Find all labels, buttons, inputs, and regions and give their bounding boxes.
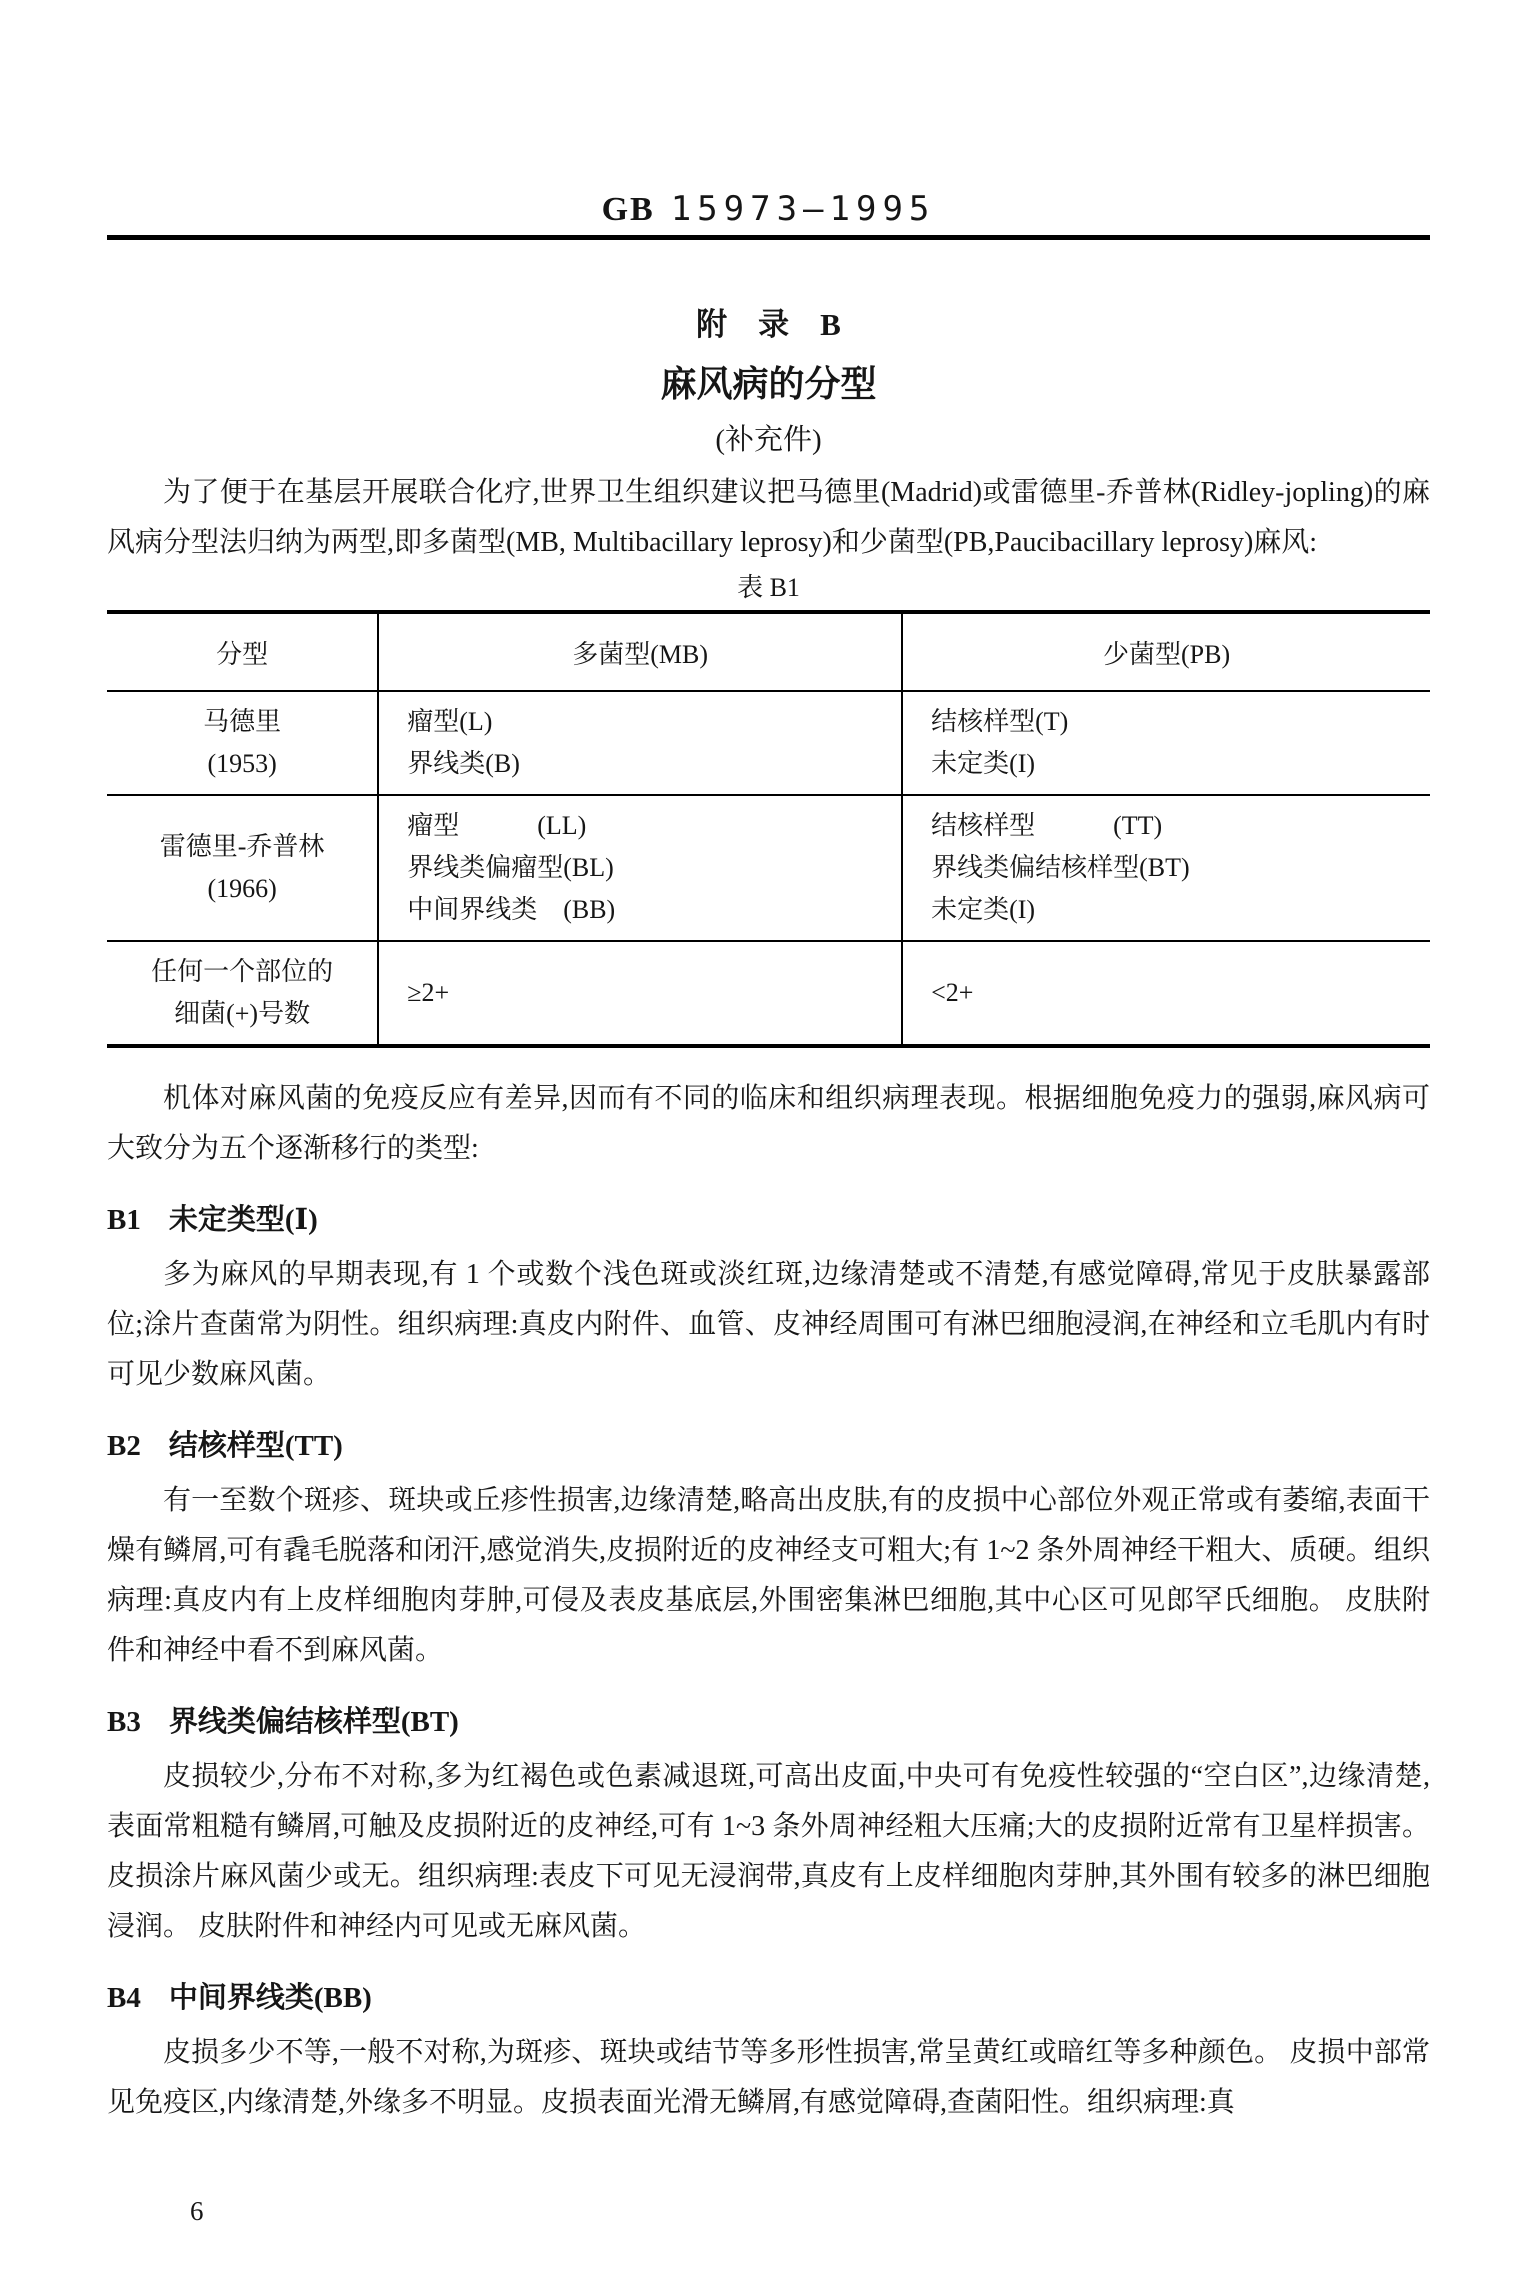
cell-line: 瘤型 (LL) xyxy=(407,805,901,847)
standard-prefix: GB xyxy=(602,191,655,228)
section-body-b3: 皮损较少,分布不对称,多为红褐色或色素减退斑,可高出皮面,中央可有免疫性较强的“… xyxy=(107,1752,1430,1952)
paragraph-immune-response: 机体对麻风菌的免疫反应有差异,因而有不同的临床和组织病理表现。根据细胞免疫力的强… xyxy=(107,1074,1430,1174)
cell-madrid-pb: 结核样型(T) 未定类(I) xyxy=(902,691,1430,795)
section-heading-b2: B2结核样型(TT) xyxy=(107,1430,1430,1462)
cell-line: 瘤型(L) xyxy=(407,701,901,743)
section-title: 结核样型(TT) xyxy=(169,1430,343,1462)
cell-bacteria-pb: <2+ xyxy=(902,941,1430,1046)
section-body-b1: 多为麻风的早期表现,有 1 个或数个浅色斑或淡红斑,边缘清楚或不清楚,有感觉障碍… xyxy=(107,1250,1430,1400)
cell-line: 雷德里-乔普林 xyxy=(107,826,377,868)
appendix-title: 麻风病的分型 xyxy=(107,364,1430,404)
cell-line: 未定类(I) xyxy=(931,743,1430,785)
table-row-madrid: 马德里 (1953) 瘤型(L) 界线类(B) 结核样型(T) 未定类(I) xyxy=(107,691,1430,795)
table-row-bacteria: 任何一个部位的 细菌(+)号数 ≥2+ <2+ xyxy=(107,941,1430,1046)
appendix-note: (补充件) xyxy=(107,424,1430,456)
cell-line: <2+ xyxy=(931,972,1430,1014)
cell-line: 未定类(I) xyxy=(931,889,1430,931)
header-rule xyxy=(107,235,1430,240)
cell-madrid-mb: 瘤型(L) 界线类(B) xyxy=(378,691,902,795)
section-title: 界线类偏结核样型(BT) xyxy=(169,1706,459,1738)
cell-line: 中间界线类 (BB) xyxy=(407,889,901,931)
appendix-label: 附 录 B xyxy=(107,308,1430,342)
section-id: B4 xyxy=(107,1982,141,2014)
section-id: B1 xyxy=(107,1204,141,1236)
cell-bacteria-mb: ≥2+ xyxy=(378,941,902,1046)
cell-line: 界线类偏瘤型(BL) xyxy=(407,847,901,889)
section-body-b2: 有一至数个斑疹、斑块或丘疹性损害,边缘清楚,略高出皮肤,有的皮损中心部位外观正常… xyxy=(107,1476,1430,1676)
cell-line: 任何一个部位的 xyxy=(107,951,377,993)
cell-ridley: 雷德里-乔普林 (1966) xyxy=(107,795,378,941)
cell-line: 结核样型 (TT) xyxy=(931,805,1430,847)
section-heading-b1: B1未定类型(Ⅰ) xyxy=(107,1204,1430,1236)
section-heading-b4: B4中间界线类(BB) xyxy=(107,1982,1430,2014)
table-caption: 表 B1 xyxy=(107,574,1430,602)
cell-ridley-mb: 瘤型 (LL) 界线类偏瘤型(BL) 中间界线类 (BB) xyxy=(378,795,902,941)
section-id: B2 xyxy=(107,1430,141,1462)
document-page: GB15973—1995 附 录 B 麻风病的分型 (补充件) 为了便于在基层开… xyxy=(0,0,1536,2285)
column-header-pb: 少菌型(PB) xyxy=(902,612,1430,691)
column-header-mb: 多菌型(MB) xyxy=(378,612,902,691)
section-title: 未定类型(Ⅰ) xyxy=(169,1204,318,1236)
cell-bacteria: 任何一个部位的 细菌(+)号数 xyxy=(107,941,378,1046)
section-body-b4: 皮损多少不等,一般不对称,为斑疹、斑块或结节等多形性损害,常呈黄红或暗红等多种颜… xyxy=(107,2028,1430,2128)
section-id: B3 xyxy=(107,1706,141,1738)
intro-paragraph: 为了便于在基层开展联合化疗,世界卫生组织建议把马德里(Madrid)或雷德里-乔… xyxy=(107,468,1430,568)
column-header-type: 分型 xyxy=(107,612,378,691)
classification-table: 分型 多菌型(MB) 少菌型(PB) 马德里 (1953) 瘤型(L) 界线类(… xyxy=(107,610,1430,1048)
cell-line: ≥2+ xyxy=(407,972,901,1014)
cell-line: (1966) xyxy=(107,868,377,910)
cell-line: 界线类(B) xyxy=(407,743,901,785)
cell-line: 结核样型(T) xyxy=(931,701,1430,743)
page-number: 6 xyxy=(190,2196,204,2227)
section-title: 中间界线类(BB) xyxy=(169,1982,372,2014)
table-header-row: 分型 多菌型(MB) 少菌型(PB) xyxy=(107,612,1430,691)
section-heading-b3: B3界线类偏结核样型(BT) xyxy=(107,1706,1430,1738)
cell-line: 界线类偏结核样型(BT) xyxy=(931,847,1430,889)
table-row-ridley: 雷德里-乔普林 (1966) 瘤型 (LL) 界线类偏瘤型(BL) 中间界线类 … xyxy=(107,795,1430,941)
cell-line: 马德里 xyxy=(107,701,377,743)
cell-line: 细菌(+)号数 xyxy=(107,993,377,1035)
standard-number: GB15973—1995 xyxy=(107,190,1430,229)
cell-ridley-pb: 结核样型 (TT) 界线类偏结核样型(BT) 未定类(I) xyxy=(902,795,1430,941)
standard-code: 15973—1995 xyxy=(671,189,936,229)
cell-line: (1953) xyxy=(107,743,377,785)
cell-madrid: 马德里 (1953) xyxy=(107,691,378,795)
